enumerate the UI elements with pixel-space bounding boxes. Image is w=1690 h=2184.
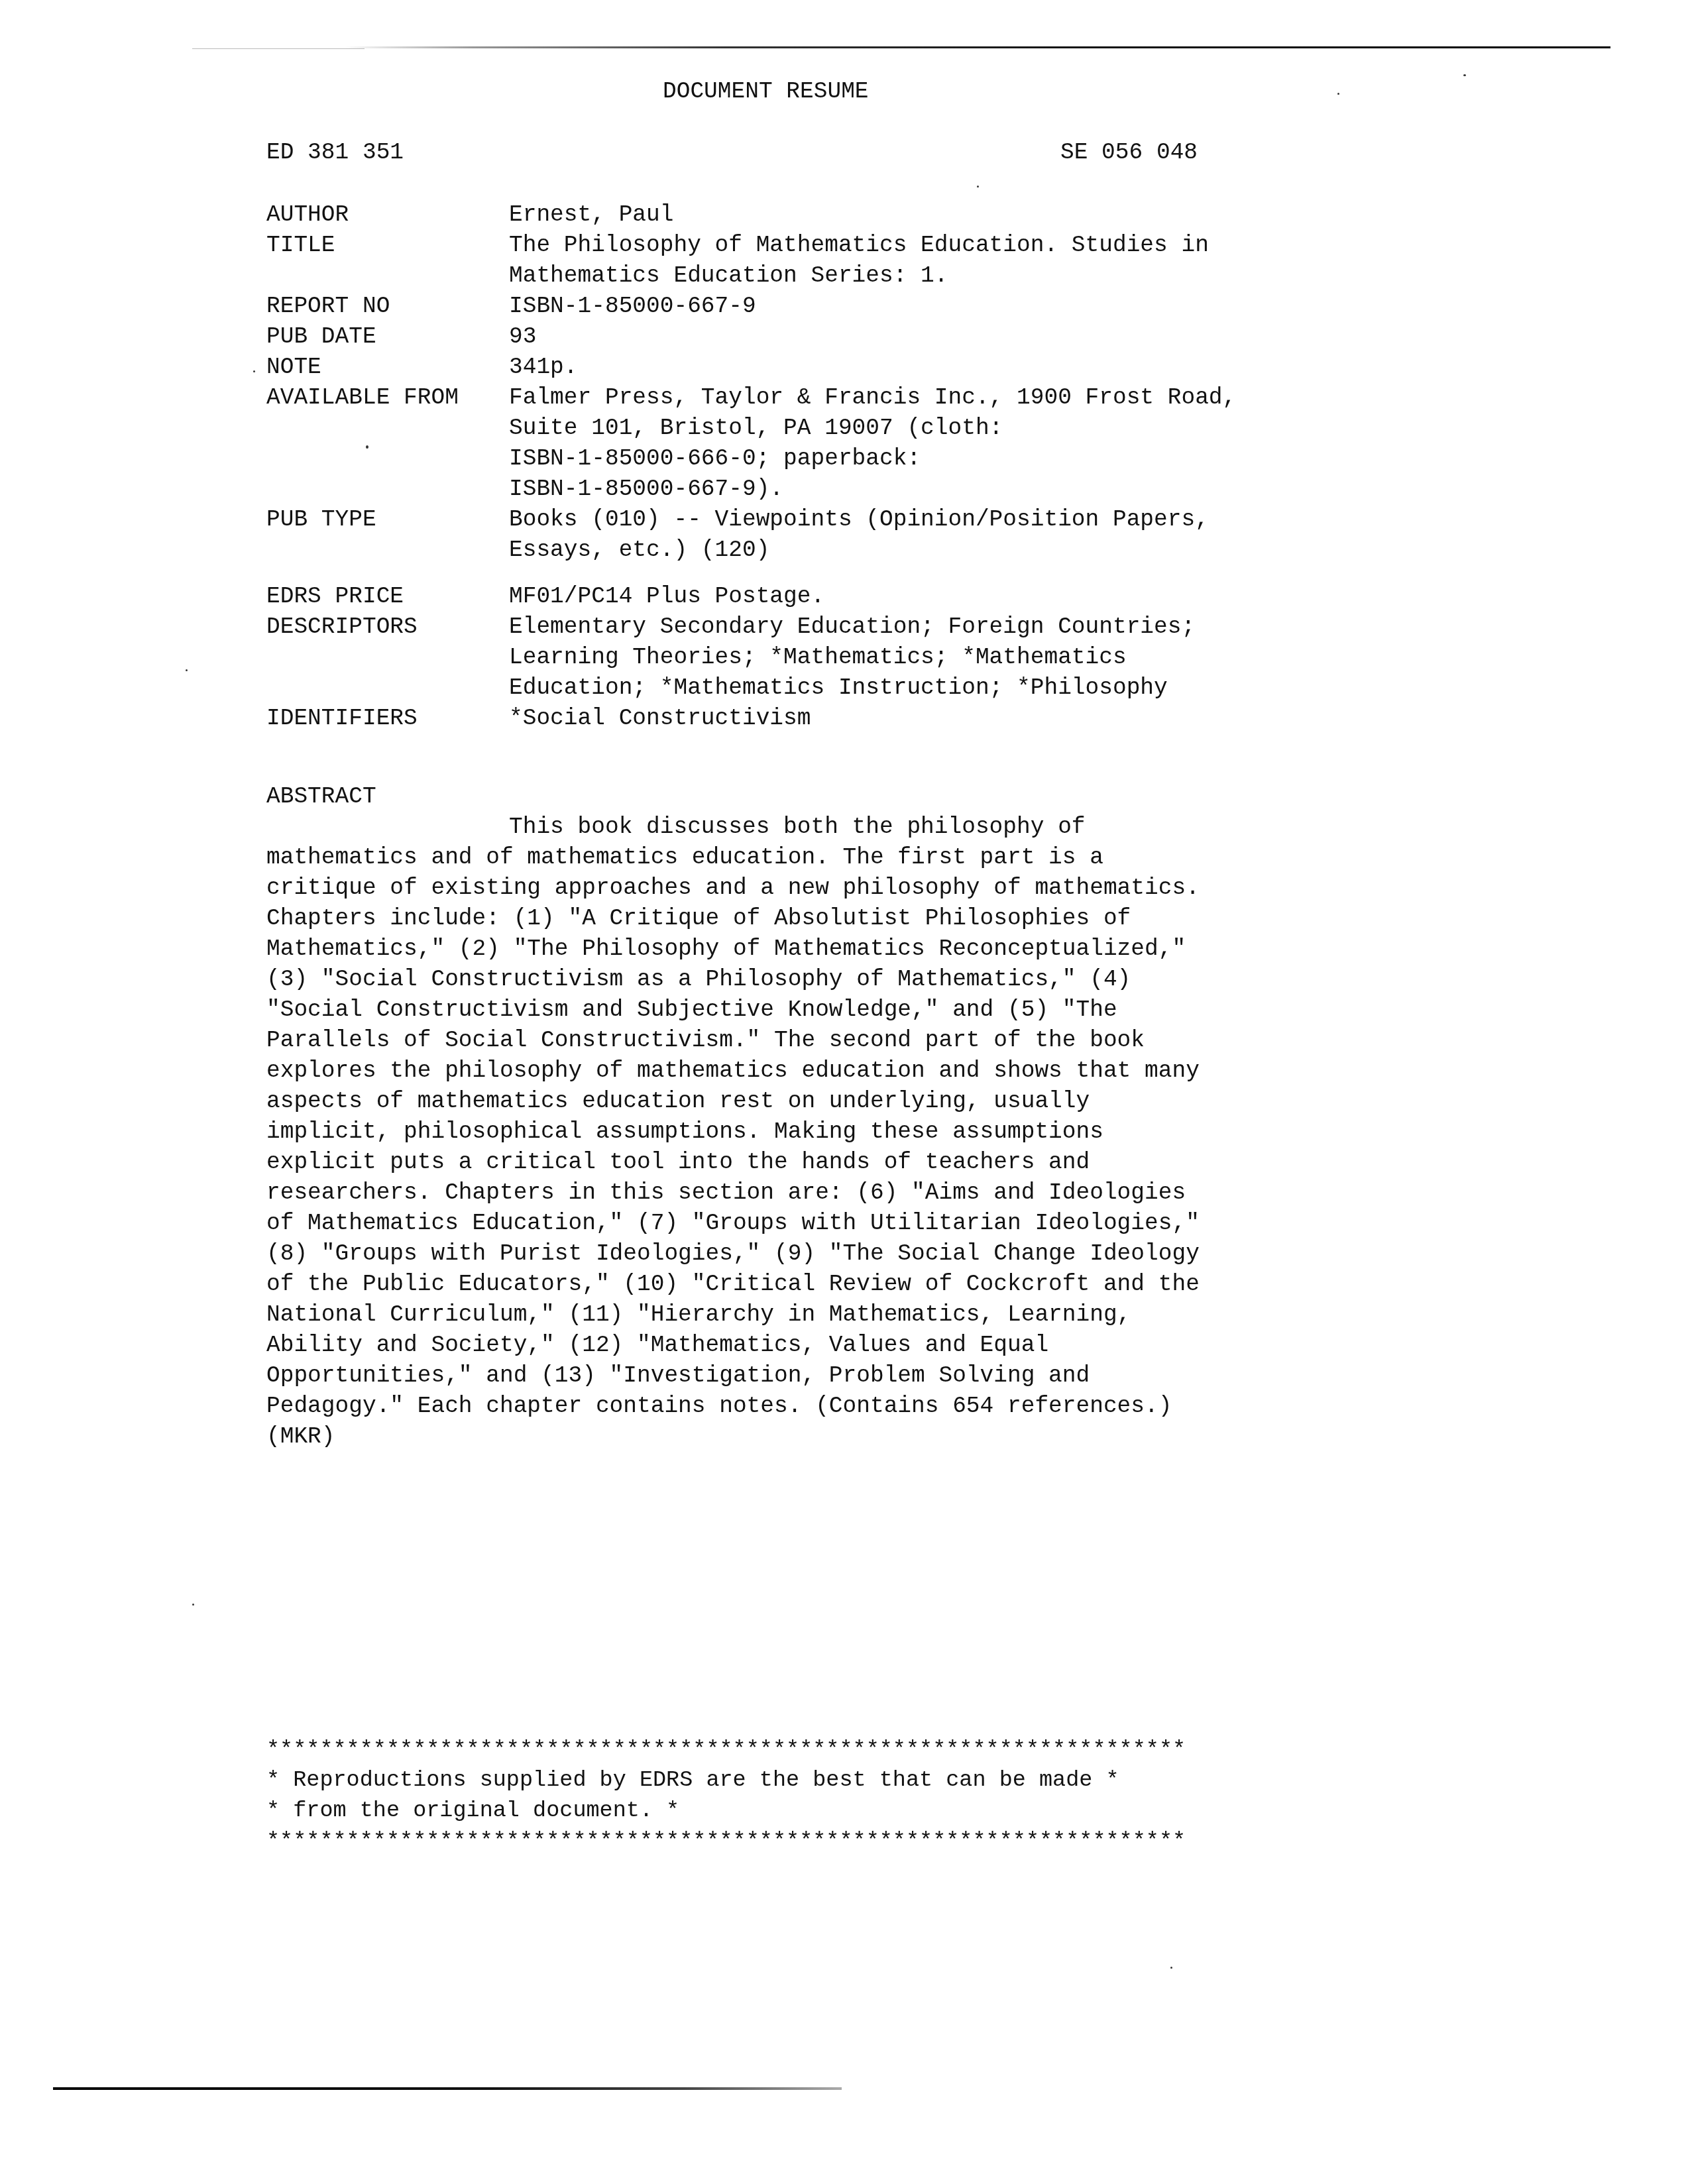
field-identifiers: IDENTIFIERS *Social Constructivism (266, 704, 1603, 734)
scan-speck (1170, 1967, 1172, 1969)
document-title: DOCUMENT RESUME (663, 77, 869, 107)
abstract-line: Opportunities," and (13) "Investigation,… (266, 1361, 1393, 1392)
notice-line: * Reproductions supplied by EDRS are the… (266, 1765, 1186, 1796)
field-pub-type: PUB TYPE Books (010) -- Viewpoints (Opin… (266, 505, 1603, 566)
value-line: Falmer Press, Taylor & Francis Inc., 190… (509, 383, 1603, 413)
abstract-section: ABSTRACT This book discusses both the ph… (266, 782, 1393, 1452)
field-report-no: REPORT NO ISBN-1-85000-667-9 (266, 292, 1603, 322)
field-available-from: AVAILABLE FROM Falmer Press, Taylor & Fr… (266, 383, 1603, 505)
abstract-line: aspects of mathematics education rest on… (266, 1087, 1393, 1117)
field-label: DESCRIPTORS (266, 612, 509, 704)
value-line: 93 (509, 322, 1603, 353)
notice-line: * from the original document. * (266, 1796, 1186, 1826)
abstract-line: critique of existing approaches and a ne… (266, 873, 1393, 904)
value-line: Elementary Secondary Education; Foreign … (509, 612, 1603, 643)
value-line: *Social Constructivism (509, 704, 1603, 734)
abstract-line: explores the philosophy of mathematics e… (266, 1056, 1393, 1087)
field-label: IDENTIFIERS (266, 704, 509, 734)
scan-speck (186, 669, 188, 671)
field-title: TITLE The Philosophy of Mathematics Educ… (266, 231, 1603, 292)
field-value: 341p. (509, 353, 1603, 383)
field-label: REPORT NO (266, 292, 509, 322)
value-line: MF01/PC14 Plus Postage. (509, 582, 1603, 612)
abstract-line: Mathematics," (2) "The Philosophy of Mat… (266, 934, 1393, 965)
field-pub-date: PUB DATE 93 (266, 322, 1603, 353)
abstract-line: National Curriculum," (11) "Hierarchy in… (266, 1300, 1393, 1331)
field-label: PUB DATE (266, 322, 509, 353)
value-line: Essays, etc.) (120) (509, 535, 1603, 566)
abstract-line: This book discusses both the philosophy … (266, 812, 1393, 843)
field-value: 93 (509, 322, 1603, 353)
abstract-line: Parallels of Social Constructivism." The… (266, 1026, 1393, 1056)
abstract-line: Ability and Society," (12) "Mathematics,… (266, 1331, 1393, 1361)
field-value: Books (010) -- Viewpoints (Opinion/Posit… (509, 505, 1603, 566)
value-line: ISBN-1-85000-666-0; paperback: (509, 444, 1603, 474)
value-line: Education; *Mathematics Instruction; *Ph… (509, 673, 1603, 704)
field-note: NOTE 341p. (266, 353, 1603, 383)
abstract-line: (MKR) (266, 1422, 1393, 1452)
ed-number: ED 381 351 (266, 138, 404, 168)
asterisk-border-bottom: ****************************************… (266, 1826, 1186, 1857)
abstract-line: Chapters include: (1) "A Critique of Abs… (266, 904, 1393, 934)
abstract-line: (3) "Social Constructivism as a Philosop… (266, 965, 1393, 995)
value-line: Mathematics Education Series: 1. (509, 261, 1603, 292)
field-value: Ernest, Paul (509, 200, 1603, 231)
value-line: The Philosophy of Mathematics Education.… (509, 231, 1603, 261)
abstract-line: of Mathematics Education," (7) "Groups w… (266, 1209, 1393, 1239)
value-line: ISBN-1-85000-667-9). (509, 474, 1603, 505)
spacer (266, 566, 1603, 582)
field-label: NOTE (266, 353, 509, 383)
field-edrs-price: EDRS PRICE MF01/PC14 Plus Postage. (266, 582, 1603, 612)
abstract-line: implicit, philosophical assumptions. Mak… (266, 1117, 1393, 1148)
top-rule (345, 46, 1610, 48)
scan-speck (366, 445, 368, 449)
se-number: SE 056 048 (1060, 138, 1198, 168)
scan-speck (1337, 93, 1339, 95)
value-line: Learning Theories; *Mathematics; *Mathem… (509, 643, 1603, 673)
field-descriptors: DESCRIPTORS Elementary Secondary Educati… (266, 612, 1603, 704)
field-value: *Social Constructivism (509, 704, 1603, 734)
asterisk-border-top: ****************************************… (266, 1735, 1186, 1765)
field-label: EDRS PRICE (266, 582, 509, 612)
field-value: Elementary Secondary Education; Foreign … (509, 612, 1603, 704)
field-value: The Philosophy of Mathematics Education.… (509, 231, 1603, 292)
abstract-line: researchers. Chapters in this section ar… (266, 1178, 1393, 1209)
abstract-line: of the Public Educators," (10) "Critical… (266, 1270, 1393, 1300)
scan-speck (977, 186, 979, 188)
field-label: PUB TYPE (266, 505, 509, 566)
value-line: Books (010) -- Viewpoints (Opinion/Posit… (509, 505, 1603, 535)
field-label: AVAILABLE FROM (266, 383, 509, 505)
field-value: MF01/PC14 Plus Postage. (509, 582, 1603, 612)
field-value: Falmer Press, Taylor & Francis Inc., 190… (509, 383, 1603, 505)
abstract-line: (8) "Groups with Purist Ideologies," (9)… (266, 1239, 1393, 1270)
value-line: Suite 101, Bristol, PA 19007 (cloth: (509, 413, 1603, 444)
field-label: TITLE (266, 231, 509, 292)
scan-speck (192, 1604, 194, 1606)
abstract-label: ABSTRACT (266, 782, 1393, 812)
abstract-line: "Social Constructivism and Subjective Kn… (266, 995, 1393, 1026)
scan-speck (253, 370, 255, 372)
metadata-block: AUTHOR Ernest, Paul TITLE The Philosophy… (266, 200, 1603, 734)
bottom-rule (53, 2087, 842, 2090)
field-label: AUTHOR (266, 200, 509, 231)
top-rule-faint (192, 48, 365, 49)
abstract-line: Pedagogy." Each chapter contains notes. … (266, 1392, 1393, 1422)
field-author: AUTHOR Ernest, Paul (266, 200, 1603, 231)
value-line: Ernest, Paul (509, 200, 1603, 231)
reproduction-notice: ****************************************… (266, 1735, 1186, 1857)
scan-speck (1463, 74, 1466, 76)
value-line: 341p. (509, 353, 1603, 383)
field-value: ISBN-1-85000-667-9 (509, 292, 1603, 322)
abstract-line: explicit puts a critical tool into the h… (266, 1148, 1393, 1178)
value-line: ISBN-1-85000-667-9 (509, 292, 1603, 322)
abstract-line: mathematics and of mathematics education… (266, 843, 1393, 873)
